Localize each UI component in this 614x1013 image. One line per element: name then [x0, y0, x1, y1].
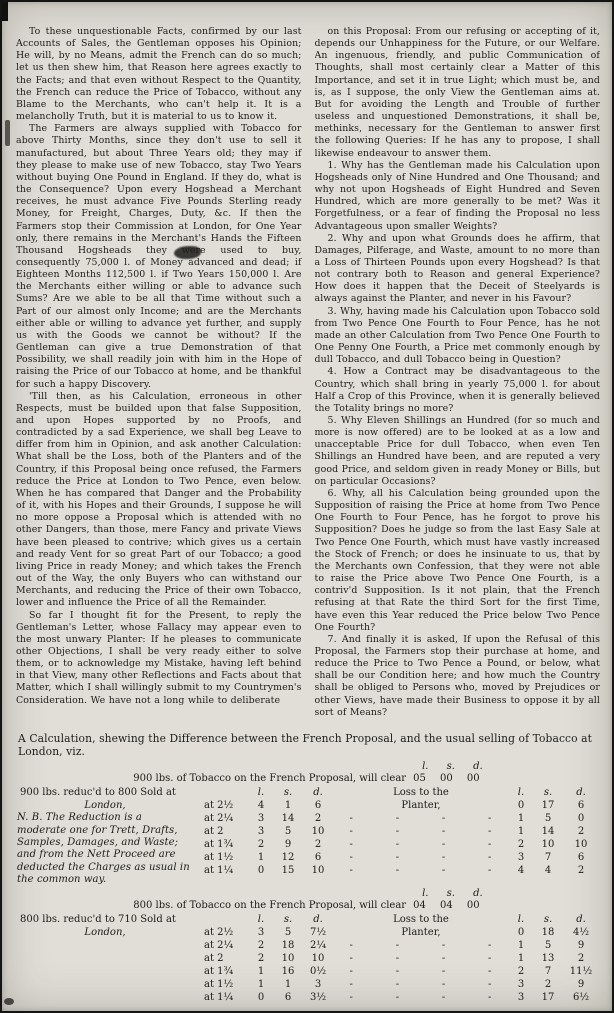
clear-values: 05 00 00	[413, 773, 480, 785]
pounds-cell: 2	[248, 939, 274, 952]
shillings-cell: 1	[274, 799, 302, 812]
loss-shillings-cell: 13	[534, 952, 562, 965]
dash-leader: - - - -	[334, 812, 508, 825]
loss-shillings-cell: 17	[534, 991, 562, 1004]
rate-cell: at 1¾	[194, 965, 248, 978]
rate-header	[194, 913, 248, 926]
loss-pence-cell: 2	[562, 952, 600, 965]
loss-pence-cell: 10	[562, 838, 600, 851]
loss-pence-cell: 6½	[562, 991, 600, 1004]
query-item: 7. And finally it is asked, If upon the …	[315, 634, 601, 719]
pounds-header: l.	[248, 786, 274, 799]
paragraph: The Farmers are always supplied with Tob…	[16, 123, 302, 390]
table-row: at 2½ 4 1 6 Planter, 0 17 6	[194, 799, 600, 812]
pounds-cell: 0	[248, 991, 274, 1004]
table1-label-city: London,	[16, 799, 194, 812]
loss-label: Loss to the	[334, 786, 508, 799]
loss-shillings-header: s.	[534, 913, 562, 926]
table2-header-row: l. s. d. Loss to the l. s. d.	[194, 913, 600, 926]
table2-clear-line: 800 lbs. of Tobacco on the French Propos…	[16, 888, 600, 912]
loss-pence-cell: 0	[562, 812, 600, 825]
shillings-cell: 12	[274, 851, 302, 864]
pounds-header: l.	[248, 913, 274, 926]
table1-header-row: l. s. d. Loss to the l. s. d.	[194, 786, 600, 799]
table-row: at 1½ 1 1 3 - - - - 3 2 9	[194, 978, 600, 991]
rate-cell: at 2¼	[194, 939, 248, 952]
table-row: at 1½ 1 12 6 - - - - 3 7 6	[194, 851, 600, 864]
pounds-cell: 2	[248, 952, 274, 965]
pence-cell: 3	[302, 978, 334, 991]
dash-leader: - - - -	[334, 952, 508, 965]
lsd-header: l. s. d.	[413, 888, 483, 900]
loss-pounds-cell: 0	[508, 926, 534, 939]
scan-artifact	[5, 120, 10, 146]
loss-pounds-cell: 0	[508, 799, 534, 812]
table-row: at 2¼ 2 18 2¼ - - - - 1 5 9	[194, 939, 600, 952]
shillings-header: s.	[274, 913, 302, 926]
shillings-cell: 5	[274, 825, 302, 838]
loss-pounds-cell: 2	[508, 965, 534, 978]
loss-shillings-cell: 7	[534, 851, 562, 864]
pence-cell: 2	[302, 838, 334, 851]
table2-left: 800 lbs. reduc'd to 710 Sold at London,	[16, 913, 194, 1004]
paragraph: So far I thought fit for the Present, to…	[16, 610, 302, 707]
pence-cell: 0½	[302, 965, 334, 978]
shillings-cell: 6	[274, 991, 302, 1004]
dash-leader: - - - -	[334, 965, 508, 978]
table-row: at 2 2 10 10 - - - - 1 13 2	[194, 952, 600, 965]
rate-cell: at 1¾	[194, 838, 248, 851]
loss-pence-cell: 9	[562, 978, 600, 991]
loss-pounds-cell: 3	[508, 978, 534, 991]
calculation-heading: A Calculation, shewing the Difference be…	[18, 733, 598, 759]
pounds-cell: 0	[248, 864, 274, 877]
loss-pounds-cell: 1	[508, 825, 534, 838]
pence-header: d.	[302, 913, 334, 926]
loss-pounds-cell: 1	[508, 952, 534, 965]
loss-pounds-cell: 2	[508, 838, 534, 851]
dash-leader: - - - -	[334, 851, 508, 864]
right-column: on this Proposal: From our refusing or a…	[315, 26, 601, 726]
shillings-cell: 16	[274, 965, 302, 978]
pence-header: d.	[302, 786, 334, 799]
paragraph: To these unquestionable Facts, confirmed…	[16, 26, 302, 123]
pence-cell: 10	[302, 825, 334, 838]
pence-cell: 6	[302, 799, 334, 812]
loss-shillings-cell: 17	[534, 799, 562, 812]
dash-leader: - - - -	[334, 825, 508, 838]
rate-cell: at 2	[194, 825, 248, 838]
table2-clear-values: l. s. d. 04 04 00	[413, 888, 483, 912]
query-item: 3. Why, having made his Calculation upon…	[315, 306, 601, 367]
loss-label: Loss to the	[334, 913, 508, 926]
rate-cell: at 2½	[194, 799, 248, 812]
table1-note: N. B. The Reduction is a moderate one fo…	[16, 812, 194, 887]
rate-cell: at 2¼	[194, 812, 248, 825]
loss-pence-header: d.	[562, 786, 600, 799]
dash-leader: - - - -	[334, 838, 508, 851]
query-item: 6. Why, all his Calculation being ground…	[315, 488, 601, 634]
table2: 800 lbs. reduc'd to 710 Sold at London, …	[16, 913, 600, 1004]
table-row: at 1¾ 2 9 2 - - - - 2 10 10	[194, 838, 600, 851]
loss-label-2: Planter,	[334, 799, 508, 812]
rate-cell: at 1½	[194, 851, 248, 864]
rate-cell: at 2½	[194, 926, 248, 939]
table1-grid: l. s. d. Loss to the l. s. d. at 2½ 4 1 …	[194, 786, 600, 887]
shillings-cell: 1	[274, 978, 302, 991]
loss-pence-cell: 4½	[562, 926, 600, 939]
dash-leader: - - - -	[334, 978, 508, 991]
document-page: To these unquestionable Facts, confirmed…	[0, 0, 614, 1013]
pounds-cell: 3	[248, 825, 274, 838]
query-item: 2. Why and upon what Grounds does he aff…	[315, 233, 601, 306]
paragraph: 'Till then, as his Calculation, erroneou…	[16, 391, 302, 610]
loss-pounds-header: l.	[508, 786, 534, 799]
shillings-header: s.	[274, 786, 302, 799]
dash-leader: - - - -	[334, 864, 508, 877]
table1-clear-text: 900 lbs. of Tobacco on the French Propos…	[133, 772, 406, 785]
pounds-cell: 1	[248, 965, 274, 978]
pounds-cell: 1	[248, 978, 274, 991]
table-row: at 2¼ 3 14 2 - - - - 1 5 0	[194, 812, 600, 825]
loss-pence-header: d.	[562, 913, 600, 926]
loss-shillings-cell: 14	[534, 825, 562, 838]
calculation-section: A Calculation, shewing the Difference be…	[16, 733, 600, 1004]
loss-label-2: Planter,	[334, 926, 508, 939]
query-item: 1. Why has the Gentleman made his Calcul…	[315, 160, 601, 233]
pounds-cell: 3	[248, 926, 274, 939]
rate-cell: at 2	[194, 952, 248, 965]
lsd-header: l. s. d.	[413, 761, 483, 773]
loss-shillings-cell: 7	[534, 965, 562, 978]
text-columns: To these unquestionable Facts, confirmed…	[16, 26, 600, 726]
loss-pence-cell: 11½	[562, 965, 600, 978]
shillings-cell: 18	[274, 939, 302, 952]
loss-pence-cell: 6	[562, 851, 600, 864]
table-row: at 1¾ 1 16 0½ - - - - 2 7 11½	[194, 965, 600, 978]
table-row: at 1¼ 0 15 10 - - - - 4 4 2	[194, 864, 600, 877]
loss-pounds-header: l.	[508, 913, 534, 926]
table1-label: 900 lbs. reduc'd to 800 Sold at	[16, 786, 194, 799]
table2-label-city: London,	[16, 926, 194, 939]
shillings-cell: 14	[274, 812, 302, 825]
pounds-cell: 2	[248, 838, 274, 851]
loss-pence-cell: 2	[562, 825, 600, 838]
loss-shillings-cell: 4	[534, 864, 562, 877]
table2-label: 800 lbs. reduc'd to 710 Sold at	[16, 913, 194, 926]
rate-header	[194, 786, 248, 799]
rate-cell: at 1¼	[194, 991, 248, 1004]
rate-cell: at 1½	[194, 978, 248, 991]
pounds-cell: 1	[248, 851, 274, 864]
shillings-cell: 5	[274, 926, 302, 939]
pounds-cell: 3	[248, 812, 274, 825]
table1-left: 900 lbs. reduc'd to 800 Sold at London, …	[16, 786, 194, 887]
query-item: 5. Why Eleven Shillings an Hundred (for …	[315, 415, 601, 488]
loss-pounds-cell: 1	[508, 812, 534, 825]
ink-blot	[174, 246, 201, 259]
table-row: at 2 3 5 10 - - - - 1 14 2	[194, 825, 600, 838]
shillings-cell: 9	[274, 838, 302, 851]
shillings-cell: 15	[274, 864, 302, 877]
loss-pounds-cell: 4	[508, 864, 534, 877]
loss-shillings-cell: 5	[534, 812, 562, 825]
left-column: To these unquestionable Facts, confirmed…	[16, 26, 302, 726]
pence-cell: 2¼	[302, 939, 334, 952]
dash-leader: - - - -	[334, 939, 508, 952]
table2-grid: l. s. d. Loss to the l. s. d. at 2½ 3 5 …	[194, 913, 600, 1004]
dash-leader: - - - -	[334, 991, 508, 1004]
pence-cell: 6	[302, 851, 334, 864]
table1: 900 lbs. reduc'd to 800 Sold at London, …	[16, 786, 600, 887]
table-row: at 1¼ 0 6 3½ - - - - 3 17 6½	[194, 991, 600, 1004]
table1-clear-line: 900 lbs. of Tobacco on the French Propos…	[16, 761, 600, 785]
loss-pounds-cell: 3	[508, 851, 534, 864]
pence-cell: 2	[302, 812, 334, 825]
loss-pence-cell: 6	[562, 799, 600, 812]
pence-cell: 10	[302, 864, 334, 877]
loss-shillings-cell: 10	[534, 838, 562, 851]
pence-cell: 7½	[302, 926, 334, 939]
pence-cell: 3½	[302, 991, 334, 1004]
table-row: at 2½ 3 5 7½ Planter, 0 18 4½	[194, 926, 600, 939]
loss-pence-cell: 2	[562, 864, 600, 877]
loss-pence-cell: 9	[562, 939, 600, 952]
shillings-cell: 10	[274, 952, 302, 965]
pence-cell: 10	[302, 952, 334, 965]
loss-shillings-cell: 2	[534, 978, 562, 991]
loss-shillings-cell: 18	[534, 926, 562, 939]
query-item: 4. How a Contract may be disadvantageous…	[315, 366, 601, 415]
table1-clear-values: l. s. d. 05 00 00	[413, 761, 483, 785]
table2-clear-text: 800 lbs. of Tobacco on the French Propos…	[133, 899, 406, 912]
loss-pounds-cell: 3	[508, 991, 534, 1004]
clear-values: 04 04 00	[413, 900, 480, 912]
loss-shillings-cell: 5	[534, 939, 562, 952]
loss-shillings-header: s.	[534, 786, 562, 799]
paragraph: on this Proposal: From our refusing or a…	[315, 26, 601, 160]
rate-cell: at 1¼	[194, 864, 248, 877]
pounds-cell: 4	[248, 799, 274, 812]
loss-pounds-cell: 1	[508, 939, 534, 952]
